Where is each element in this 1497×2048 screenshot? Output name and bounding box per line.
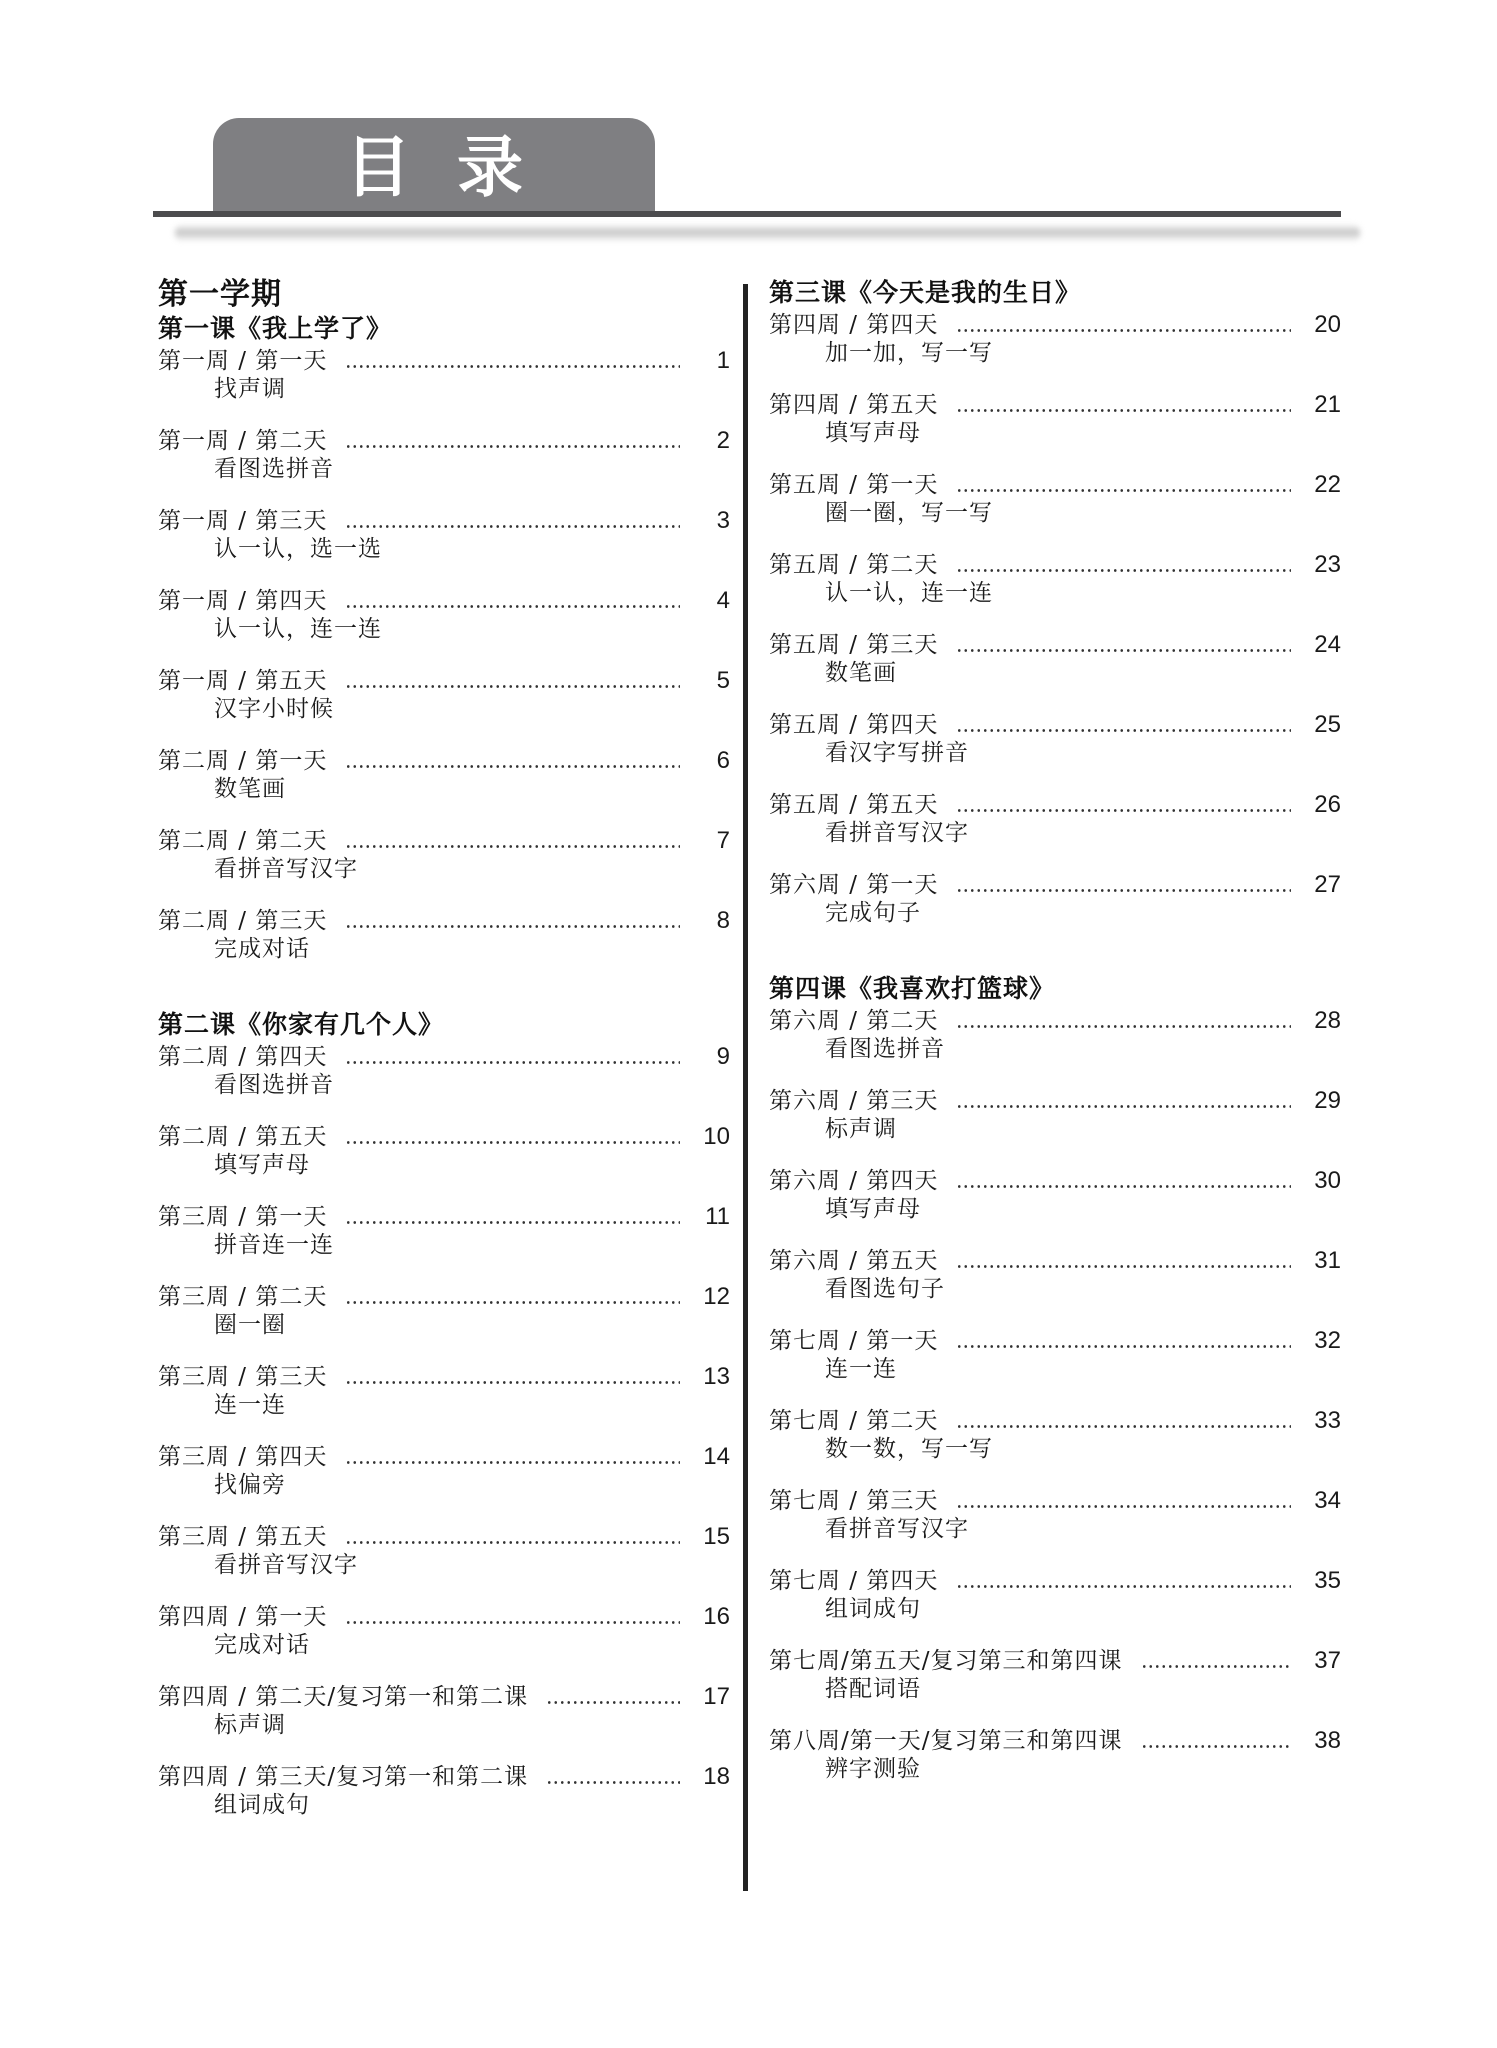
dot-leader <box>546 1762 680 1792</box>
toc-entry[interactable]: 第三周 / 第二天12圈一圈 <box>158 1282 730 1362</box>
toc-entry[interactable]: 第六周 / 第一天27完成句子 <box>769 870 1341 950</box>
toc-entry-line: 第四周 / 第一天16 <box>158 1602 730 1632</box>
entry-subtitle: 看图选拼音 <box>158 1072 730 1098</box>
toc-left-column: 第一学期 第一课《我上学了》第一周 / 第一天1找声调第一周 / 第二天2看图选… <box>158 276 730 1842</box>
toc-entry[interactable]: 第七周 / 第一天32连一连 <box>769 1326 1341 1406</box>
right-lessons: 第三课《今天是我的生日》第四周 / 第四天20加一加，写一写第四周 / 第五天2… <box>769 276 1341 1806</box>
toc-entry-line: 第七周 / 第四天35 <box>769 1566 1341 1596</box>
dot-leader <box>956 1326 1291 1356</box>
toc-entry[interactable]: 第六周 / 第五天31看图选句子 <box>769 1246 1341 1326</box>
entry-label: 第六周 / 第四天 <box>769 1166 938 1196</box>
entry-subtitle: 看拼音写汉字 <box>769 820 1341 846</box>
toc-entry[interactable]: 第六周 / 第四天30填写声母 <box>769 1166 1341 1246</box>
page-number: 6 <box>684 746 730 776</box>
toc-entry[interactable]: 第一周 / 第五天5汉字小时候 <box>158 666 730 746</box>
page-number: 30 <box>1295 1166 1341 1196</box>
entry-label: 第六周 / 第五天 <box>769 1246 938 1276</box>
toc-entry[interactable]: 第二周 / 第三天8完成对话 <box>158 906 730 986</box>
entry-label: 第四周 / 第一天 <box>158 1602 327 1632</box>
toc-entry-line: 第五周 / 第四天25 <box>769 710 1341 740</box>
toc-entry[interactable]: 第五周 / 第一天22圈一圈，写一写 <box>769 470 1341 550</box>
entry-subtitle: 加一加，写一写 <box>769 340 1341 366</box>
dot-leader <box>956 390 1291 420</box>
entry-subtitle: 看拼音写汉字 <box>158 856 730 882</box>
toc-entry[interactable]: 第四周 / 第一天16完成对话 <box>158 1602 730 1682</box>
dot-leader <box>345 1522 680 1552</box>
toc-entry-line: 第三周 / 第一天11 <box>158 1202 730 1232</box>
page-number: 18 <box>684 1762 730 1792</box>
toc-entry-line: 第一周 / 第二天2 <box>158 426 730 456</box>
lesson-spacer <box>158 986 730 1008</box>
entry-subtitle: 填写声母 <box>769 420 1341 446</box>
entry-subtitle: 搭配词语 <box>769 1676 1341 1702</box>
toc-entry-line: 第八周/第一天/复习第三和第四课38 <box>769 1726 1341 1756</box>
dot-leader <box>345 666 680 696</box>
dot-leader <box>956 870 1291 900</box>
dot-leader <box>956 710 1291 740</box>
entry-subtitle: 完成句子 <box>769 900 1341 926</box>
toc-entry-line: 第五周 / 第三天24 <box>769 630 1341 660</box>
toc-entry[interactable]: 第五周 / 第三天24数笔画 <box>769 630 1341 710</box>
entry-label: 第三周 / 第二天 <box>158 1282 327 1312</box>
page-number: 22 <box>1295 470 1341 500</box>
toc-entry-line: 第七周 / 第一天32 <box>769 1326 1341 1356</box>
toc-entry-line: 第二周 / 第一天6 <box>158 746 730 776</box>
page-number: 37 <box>1295 1646 1341 1676</box>
entry-label: 第五周 / 第三天 <box>769 630 938 660</box>
entry-subtitle: 拼音连一连 <box>158 1232 730 1258</box>
entry-label: 第七周 / 第三天 <box>769 1486 938 1516</box>
toc-entry[interactable]: 第三周 / 第五天15看拼音写汉字 <box>158 1522 730 1602</box>
entry-subtitle: 圈一圈 <box>158 1312 730 1338</box>
toc-entry-line: 第三周 / 第五天15 <box>158 1522 730 1552</box>
entry-label: 第一周 / 第二天 <box>158 426 327 456</box>
entry-subtitle: 组词成句 <box>158 1792 730 1818</box>
page-number: 20 <box>1295 310 1341 340</box>
entry-subtitle: 认一认，连一连 <box>158 616 730 642</box>
toc-entry[interactable]: 第七周/第五天/复习第三和第四课37搭配词语 <box>769 1646 1341 1726</box>
entry-label: 第一周 / 第四天 <box>158 586 327 616</box>
page-number: 35 <box>1295 1566 1341 1596</box>
entry-label: 第二周 / 第二天 <box>158 826 327 856</box>
toc-entry-line: 第二周 / 第二天7 <box>158 826 730 856</box>
dot-leader <box>956 790 1291 820</box>
entry-label: 第七周/第五天/复习第三和第四课 <box>769 1646 1123 1676</box>
toc-right-column: 第三课《今天是我的生日》第四周 / 第四天20加一加，写一写第四周 / 第五天2… <box>769 276 1341 1806</box>
page-number: 38 <box>1295 1726 1341 1756</box>
page-number: 16 <box>684 1602 730 1632</box>
toc-entry-line: 第七周 / 第三天34 <box>769 1486 1341 1516</box>
page-number: 27 <box>1295 870 1341 900</box>
toc-entry-line: 第五周 / 第二天23 <box>769 550 1341 580</box>
page-number: 7 <box>684 826 730 856</box>
toc-entry[interactable]: 第四周 / 第三天/复习第一和第二课18组词成句 <box>158 1762 730 1842</box>
toc-entry[interactable]: 第五周 / 第二天23认一认，连一连 <box>769 550 1341 630</box>
page-number: 33 <box>1295 1406 1341 1436</box>
page-number: 1 <box>684 346 730 376</box>
entry-subtitle: 看拼音写汉字 <box>769 1516 1341 1542</box>
entry-label: 第六周 / 第二天 <box>769 1006 938 1036</box>
entry-subtitle: 看汉字写拼音 <box>769 740 1341 766</box>
entry-label: 第三周 / 第五天 <box>158 1522 327 1552</box>
toc-entry[interactable]: 第五周 / 第四天25看汉字写拼音 <box>769 710 1341 790</box>
toc-entry-line: 第五周 / 第五天26 <box>769 790 1341 820</box>
toc-entry[interactable]: 第八周/第一天/复习第三和第四课38辨字测验 <box>769 1726 1341 1806</box>
entry-subtitle: 圈一圈，写一写 <box>769 500 1341 526</box>
toc-entry-line: 第二周 / 第三天8 <box>158 906 730 936</box>
toc-entry[interactable]: 第三周 / 第四天14找偏旁 <box>158 1442 730 1522</box>
entry-subtitle: 认一认，连一连 <box>769 580 1341 606</box>
toc-entry[interactable]: 第四周 / 第二天/复习第一和第二课17标声调 <box>158 1682 730 1762</box>
toc-entry[interactable]: 第五周 / 第五天26看拼音写汉字 <box>769 790 1341 870</box>
toc-entry-line: 第六周 / 第五天31 <box>769 1246 1341 1276</box>
lesson-spacer <box>769 950 1341 972</box>
page-number: 11 <box>684 1202 730 1232</box>
entry-subtitle: 标声调 <box>158 1712 730 1738</box>
entry-subtitle: 完成对话 <box>158 936 730 962</box>
entry-label: 第四周 / 第五天 <box>769 390 938 420</box>
dot-leader <box>956 1246 1291 1276</box>
toc-entry[interactable]: 第七周 / 第四天35组词成句 <box>769 1566 1341 1646</box>
toc-entry-line: 第三周 / 第四天14 <box>158 1442 730 1472</box>
dot-leader <box>345 426 680 456</box>
entry-label: 第五周 / 第一天 <box>769 470 938 500</box>
term-title: 第一学期 <box>158 276 730 312</box>
page-number: 4 <box>684 586 730 616</box>
toc-entry-line: 第二周 / 第四天9 <box>158 1042 730 1072</box>
toc-entry[interactable]: 第二周 / 第五天10填写声母 <box>158 1122 730 1202</box>
toc-entry[interactable]: 第七周 / 第二天33数一数，写一写 <box>769 1406 1341 1486</box>
page-number: 28 <box>1295 1006 1341 1036</box>
entry-subtitle: 填写声母 <box>769 1196 1341 1222</box>
dot-leader <box>956 630 1291 660</box>
page-number: 23 <box>1295 550 1341 580</box>
page-number: 8 <box>684 906 730 936</box>
entry-label: 第四周 / 第四天 <box>769 310 938 340</box>
dot-leader <box>345 746 680 776</box>
dot-leader <box>345 506 680 536</box>
lesson-title: 第三课《今天是我的生日》 <box>769 276 1341 310</box>
toc-entry[interactable]: 第二周 / 第二天7看拼音写汉字 <box>158 826 730 906</box>
dot-leader <box>345 906 680 936</box>
toc-entry-line: 第七周 / 第二天33 <box>769 1406 1341 1436</box>
entry-subtitle: 数笔画 <box>769 660 1341 686</box>
toc-entry-line: 第六周 / 第一天27 <box>769 870 1341 900</box>
toc-entry-line: 第三周 / 第三天13 <box>158 1362 730 1392</box>
entry-subtitle: 认一认，选一选 <box>158 536 730 562</box>
dot-leader <box>956 550 1291 580</box>
toc-entry[interactable]: 第三周 / 第一天11拼音连一连 <box>158 1202 730 1282</box>
toc-entry-line: 第二周 / 第五天10 <box>158 1122 730 1152</box>
entry-label: 第七周 / 第一天 <box>769 1326 938 1356</box>
dot-leader <box>1141 1726 1292 1756</box>
toc-entry-line: 第四周 / 第二天/复习第一和第二课17 <box>158 1682 730 1712</box>
entry-label: 第二周 / 第四天 <box>158 1042 327 1072</box>
toc-entry[interactable]: 第二周 / 第四天9看图选拼音 <box>158 1042 730 1122</box>
toc-entry-line: 第五周 / 第一天22 <box>769 470 1341 500</box>
column-divider <box>743 284 748 1891</box>
entry-subtitle: 填写声母 <box>158 1152 730 1178</box>
entry-subtitle: 辨字测验 <box>769 1756 1341 1782</box>
entry-label: 第一周 / 第三天 <box>158 506 327 536</box>
lesson-title: 第二课《你家有几个人》 <box>158 1008 730 1042</box>
entry-subtitle: 完成对话 <box>158 1632 730 1658</box>
page-number: 2 <box>684 426 730 456</box>
toc-entry-line: 第四周 / 第五天21 <box>769 390 1341 420</box>
entry-subtitle: 看拼音写汉字 <box>158 1552 730 1578</box>
dot-leader <box>956 310 1291 340</box>
page-number: 21 <box>1295 390 1341 420</box>
entry-label: 第六周 / 第一天 <box>769 870 938 900</box>
page-number: 31 <box>1295 1246 1341 1276</box>
page-number: 15 <box>684 1522 730 1552</box>
entry-subtitle: 数一数，写一写 <box>769 1436 1341 1462</box>
page-number: 17 <box>684 1682 730 1712</box>
page-number: 3 <box>684 506 730 536</box>
entry-subtitle: 数笔画 <box>158 776 730 802</box>
dot-leader <box>345 1282 680 1312</box>
toc-entry-line: 第六周 / 第二天28 <box>769 1006 1341 1036</box>
dot-leader <box>345 1122 680 1152</box>
header-tab: 目录 <box>213 118 655 214</box>
toc-entry-line: 第六周 / 第四天30 <box>769 1166 1341 1196</box>
toc-entry[interactable]: 第六周 / 第三天29标声调 <box>769 1086 1341 1166</box>
entry-label: 第四周 / 第二天/复习第一和第二课 <box>158 1682 528 1712</box>
page-number: 24 <box>1295 630 1341 660</box>
entry-subtitle: 连一连 <box>769 1356 1341 1382</box>
toc-entry[interactable]: 第四周 / 第五天21填写声母 <box>769 390 1341 470</box>
dot-leader <box>956 1566 1291 1596</box>
entry-label: 第三周 / 第四天 <box>158 1442 327 1472</box>
entry-subtitle: 看图选句子 <box>769 1276 1341 1302</box>
header-rule <box>153 211 1341 217</box>
toc-entry[interactable]: 第一周 / 第二天2看图选拼音 <box>158 426 730 506</box>
entry-label: 第七周 / 第四天 <box>769 1566 938 1596</box>
dot-leader <box>1141 1646 1292 1676</box>
entry-subtitle: 找声调 <box>158 376 730 402</box>
dot-leader <box>956 1166 1291 1196</box>
dot-leader <box>345 826 680 856</box>
toc-entry[interactable]: 第三周 / 第三天13连一连 <box>158 1362 730 1442</box>
toc-entry-line: 第六周 / 第三天29 <box>769 1086 1341 1116</box>
entry-label: 第三周 / 第三天 <box>158 1362 327 1392</box>
page-number: 10 <box>684 1122 730 1152</box>
entry-label: 第五周 / 第四天 <box>769 710 938 740</box>
entry-label: 第五周 / 第五天 <box>769 790 938 820</box>
page-number: 14 <box>684 1442 730 1472</box>
entry-label: 第六周 / 第三天 <box>769 1086 938 1116</box>
page-number: 5 <box>684 666 730 696</box>
lesson-title: 第四课《我喜欢打篮球》 <box>769 972 1341 1006</box>
dot-leader <box>345 1362 680 1392</box>
dot-leader <box>956 1406 1291 1436</box>
page-number: 26 <box>1295 790 1341 820</box>
dot-leader <box>345 1202 680 1232</box>
toc-entry[interactable]: 第一周 / 第三天3认一认，选一选 <box>158 506 730 586</box>
dot-leader <box>546 1682 680 1712</box>
dot-leader <box>345 1042 680 1072</box>
entry-subtitle: 标声调 <box>769 1116 1341 1142</box>
dot-leader <box>956 1006 1291 1036</box>
entry-label: 第四周 / 第三天/复习第一和第二课 <box>158 1762 528 1792</box>
page-number: 13 <box>684 1362 730 1392</box>
toc-entry-line: 第七周/第五天/复习第三和第四课37 <box>769 1646 1341 1676</box>
entry-label: 第八周/第一天/复习第三和第四课 <box>769 1726 1123 1756</box>
toc-entry-line: 第四周 / 第四天20 <box>769 310 1341 340</box>
toc-entry[interactable]: 第一周 / 第四天4认一认，连一连 <box>158 586 730 666</box>
entry-label: 第二周 / 第三天 <box>158 906 327 936</box>
dot-leader <box>956 1486 1291 1516</box>
left-lessons: 第一课《我上学了》第一周 / 第一天1找声调第一周 / 第二天2看图选拼音第一周… <box>158 312 730 1842</box>
entry-label: 第七周 / 第二天 <box>769 1406 938 1436</box>
entry-label: 第三周 / 第一天 <box>158 1202 327 1232</box>
page-number: 32 <box>1295 1326 1341 1356</box>
toc-entry[interactable]: 第四周 / 第四天20加一加，写一写 <box>769 310 1341 390</box>
entry-label: 第一周 / 第五天 <box>158 666 327 696</box>
dot-leader <box>345 346 680 376</box>
toc-entry-line: 第一周 / 第一天1 <box>158 346 730 376</box>
toc-entry[interactable]: 第二周 / 第一天6数笔画 <box>158 746 730 826</box>
entry-subtitle: 找偏旁 <box>158 1472 730 1498</box>
toc-entry-line: 第四周 / 第三天/复习第一和第二课18 <box>158 1762 730 1792</box>
entry-subtitle: 组词成句 <box>769 1596 1341 1622</box>
dot-leader <box>956 470 1291 500</box>
toc-entry-line: 第一周 / 第三天3 <box>158 506 730 536</box>
toc-entry[interactable]: 第一周 / 第一天1找声调 <box>158 346 730 426</box>
entry-label: 第一周 / 第一天 <box>158 346 327 376</box>
toc-entry-line: 第一周 / 第四天4 <box>158 586 730 616</box>
entry-label: 第二周 / 第五天 <box>158 1122 327 1152</box>
dot-leader <box>956 1086 1291 1116</box>
toc-entry-line: 第一周 / 第五天5 <box>158 666 730 696</box>
page-number: 25 <box>1295 710 1341 740</box>
entry-subtitle: 看图选拼音 <box>158 456 730 482</box>
toc-entry[interactable]: 第六周 / 第二天28看图选拼音 <box>769 1006 1341 1086</box>
entry-subtitle: 汉字小时候 <box>158 696 730 722</box>
page-number: 34 <box>1295 1486 1341 1516</box>
page-number: 29 <box>1295 1086 1341 1116</box>
toc-entry-line: 第三周 / 第二天12 <box>158 1282 730 1312</box>
dot-leader <box>345 586 680 616</box>
entry-label: 第二周 / 第一天 <box>158 746 327 776</box>
page-number: 9 <box>684 1042 730 1072</box>
entry-label: 第五周 / 第二天 <box>769 550 938 580</box>
toc-entry[interactable]: 第七周 / 第三天34看拼音写汉字 <box>769 1486 1341 1566</box>
page-title: 目录 <box>345 135 569 201</box>
entry-subtitle: 看图选拼音 <box>769 1036 1341 1062</box>
dot-leader <box>345 1442 680 1472</box>
dot-leader <box>345 1602 680 1632</box>
header-shadow <box>175 224 1360 242</box>
entry-subtitle: 连一连 <box>158 1392 730 1418</box>
page-number: 12 <box>684 1282 730 1312</box>
lesson-title: 第一课《我上学了》 <box>158 312 730 346</box>
